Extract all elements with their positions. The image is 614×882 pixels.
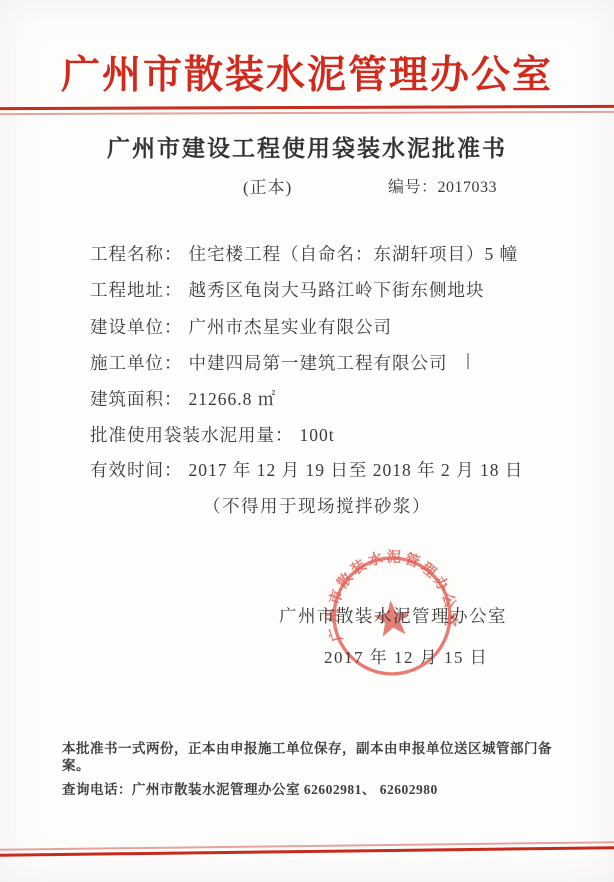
footer-divider	[0, 841, 614, 857]
certificate-number: 编号：2017033	[388, 174, 497, 197]
field-value: 越秀区龟岗大马路江岭下街东侧地块	[189, 280, 485, 300]
signature-date: 2017 年 12 月 15 日	[324, 643, 488, 668]
issuer-letterhead: 广州市散装水泥管理办公室	[0, 44, 614, 100]
certificate-page: 广州市散装水泥管理办公室 广州市建设工程使用袋装水泥批准书 (正本) 编号：20…	[0, 0, 614, 882]
field-validity-period: 有效时间：2017 年 12 月 19 日至 2018 年 2 月 18 日	[90, 457, 523, 482]
field-contractor: 施工单位：中建四局第一建筑工程有限公司	[90, 350, 448, 375]
field-value: 21266.8 ㎡	[189, 389, 277, 409]
restriction-note: （不得用于现场搅拌砂浆）	[10, 493, 614, 518]
field-value: 住宅楼工程（自命名：东湖轩项目）5 幢	[189, 244, 519, 264]
field-project-name: 工程名称：住宅楼工程（自命名：东湖轩项目）5 幢	[90, 241, 518, 266]
footer-notes: 本批准书一式两份，正本由申报施工单位保存，副本由申报单位送区城管部门备案。 查询…	[62, 740, 569, 798]
field-label: 建设单位：	[90, 317, 183, 337]
field-value: 中建四局第一建筑工程有限公司	[189, 353, 448, 373]
field-label: 施工单位：	[90, 353, 183, 373]
field-value: 2017 年 12 月 19 日至 2018 年 2 月 18 日	[189, 460, 524, 480]
copy-type-label: (正本)	[243, 173, 292, 198]
distribution-note: 本批准书一式两份，正本由申报施工单位保存，副本由申报单位送区城管部门备案。	[62, 740, 569, 774]
field-project-address: 工程地址：越秀区龟岗大马路江岭下街东侧地块	[90, 277, 485, 302]
letterhead-divider	[0, 105, 614, 115]
field-building-area: 建筑面积：21266.8 ㎡	[90, 386, 276, 411]
field-value: 广州市杰星实业有限公司	[189, 317, 393, 337]
field-construction-owner: 建设单位：广州市杰星实业有限公司	[90, 314, 392, 339]
inquiry-phone-line: 查询电话：广州市散装水泥管理办公室 62602981、 62602980	[62, 781, 569, 798]
certificate-title: 广州市建设工程使用袋装水泥批准书	[0, 130, 614, 163]
field-label: 有效时间：	[90, 460, 183, 480]
field-label: 建筑面积：	[90, 389, 183, 409]
signature-org-name: 广州市散装水泥管理办公室	[279, 603, 507, 628]
field-label: 工程地址：	[90, 280, 183, 300]
field-approved-bagged-cement-quantity: 批准使用袋装水泥用量：100t	[90, 422, 335, 447]
scan-artifact-mark	[467, 353, 469, 369]
field-label: 批准使用袋装水泥用量：	[90, 425, 294, 445]
field-value: 100t	[300, 425, 335, 445]
field-label: 工程名称：	[90, 244, 183, 264]
